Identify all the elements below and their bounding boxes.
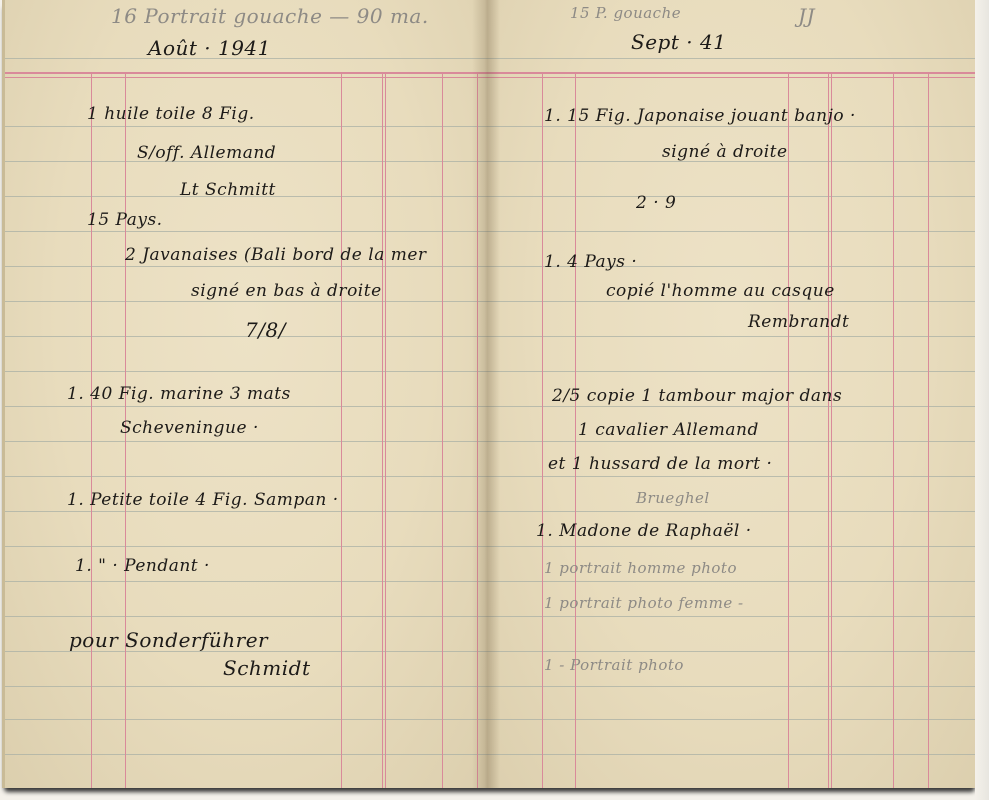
ruling-line [486,406,977,407]
entry-line: 1. 4 Pays · [544,252,637,272]
ruling-line [486,58,977,59]
ruling-line [486,616,977,617]
date-header: Sept · 41 [631,30,726,54]
entry-line: copié l'homme au casque [606,281,835,301]
footer-line: Schmidt [223,656,310,680]
entry-line: 1 huile toile 8 Fig. [87,104,255,124]
red-column-rule [828,73,829,788]
red-header-rule [5,77,486,78]
entry-line: 1. 40 Fig. marine 3 mats [67,384,291,404]
ruling-line [486,581,977,582]
red-header-rule [5,72,486,74]
ruling-line [5,406,486,407]
pencil-header: 16 Portrait gouache — 90 ma. [111,4,429,28]
ruling-line [486,651,977,652]
ruling-line [5,371,486,372]
entry-line: Lt Schmitt [180,180,276,200]
red-column-rule [341,73,342,788]
red-header-rule [486,77,977,78]
artist-note: Brueghel [636,489,710,507]
ruling-line [486,441,977,442]
footer-line: pour Sonderführer [69,628,268,652]
entry-line: Scheveningue · [120,418,259,438]
ruling-line [5,126,486,127]
pencil-entry-line: 1 portrait homme photo [544,559,737,577]
ruling-line [5,754,486,755]
entry-line: et 1 hussard de la mort · [548,454,772,474]
entry-line: 1 cavalier Allemand [578,420,759,440]
entry-line: 2 · 9 [636,193,676,213]
red-column-rule [477,73,478,788]
entry-line: 1. 15 Fig. Japonaise jouant banjo · [544,106,856,126]
ruling-line [5,476,486,477]
ruling-line [5,686,486,687]
entry-line: S/off. Allemand [137,143,276,163]
red-column-rule [442,73,443,788]
ruling-line [486,546,977,547]
ruling-line [5,301,486,302]
left-page: 16 Portrait gouache — 90 ma. Août · 1941… [2,0,486,788]
red-column-rule [788,73,789,788]
page-edge [975,0,989,800]
ruling-line [5,441,486,442]
ruling-line [486,476,977,477]
ruling-line [486,511,977,512]
red-column-rule [928,73,929,788]
entry-line: 15 Pays. [87,210,163,230]
ruling-line [5,719,486,720]
red-column-rule [385,73,386,788]
entry-line: 1. " · Pendant · [75,556,210,576]
right-page: 15 P. gouache JJ Sept · 41 1. 15 Fig. Ja… [486,0,977,788]
red-column-rule [91,73,92,788]
entry-line: Rembrandt [748,312,849,332]
red-column-rule [575,73,576,788]
ruling-line [486,754,977,755]
ruling-line [486,301,977,302]
date-header: Août · 1941 [148,36,271,60]
pencil-header: 15 P. gouache [570,4,681,22]
entry-line: signé en bas à droite [191,281,382,301]
ruling-line [5,616,486,617]
notebook-spread: 16 Portrait gouache — 90 ma. Août · 1941… [2,0,977,788]
red-header-rule [486,72,977,74]
ruling-line [486,336,977,337]
pencil-initials: JJ [798,4,815,28]
ruling-line [486,196,977,197]
ruling-line [5,546,486,547]
ruling-line [5,581,486,582]
entry-line: signé à droite [662,142,788,162]
entry-line: 7/8/ [245,318,286,342]
ruling-line [486,719,977,720]
pencil-entry-line: 1 - Portrait photo [544,656,684,674]
ruling-line [486,126,977,127]
entry-line: 2/5 copie 1 tambour major dans [552,386,842,406]
ruling-line [486,686,977,687]
ruling-line [5,231,486,232]
entry-line: 1. Madone de Raphaël · [536,521,752,541]
red-column-rule [831,73,832,788]
ruling-line [5,266,486,267]
ruling-line [5,511,486,512]
ruling-line [486,371,977,372]
red-column-rule [893,73,894,788]
entry-line: 1. Petite toile 4 Fig. Sampan · [67,490,339,510]
red-column-rule [542,73,543,788]
entry-line: 2 Javanaises (Bali bord de la mer [125,245,427,265]
red-column-rule [382,73,383,788]
pencil-entry-line: 1 portrait photo femme - [544,594,744,612]
ruling-line [486,231,977,232]
